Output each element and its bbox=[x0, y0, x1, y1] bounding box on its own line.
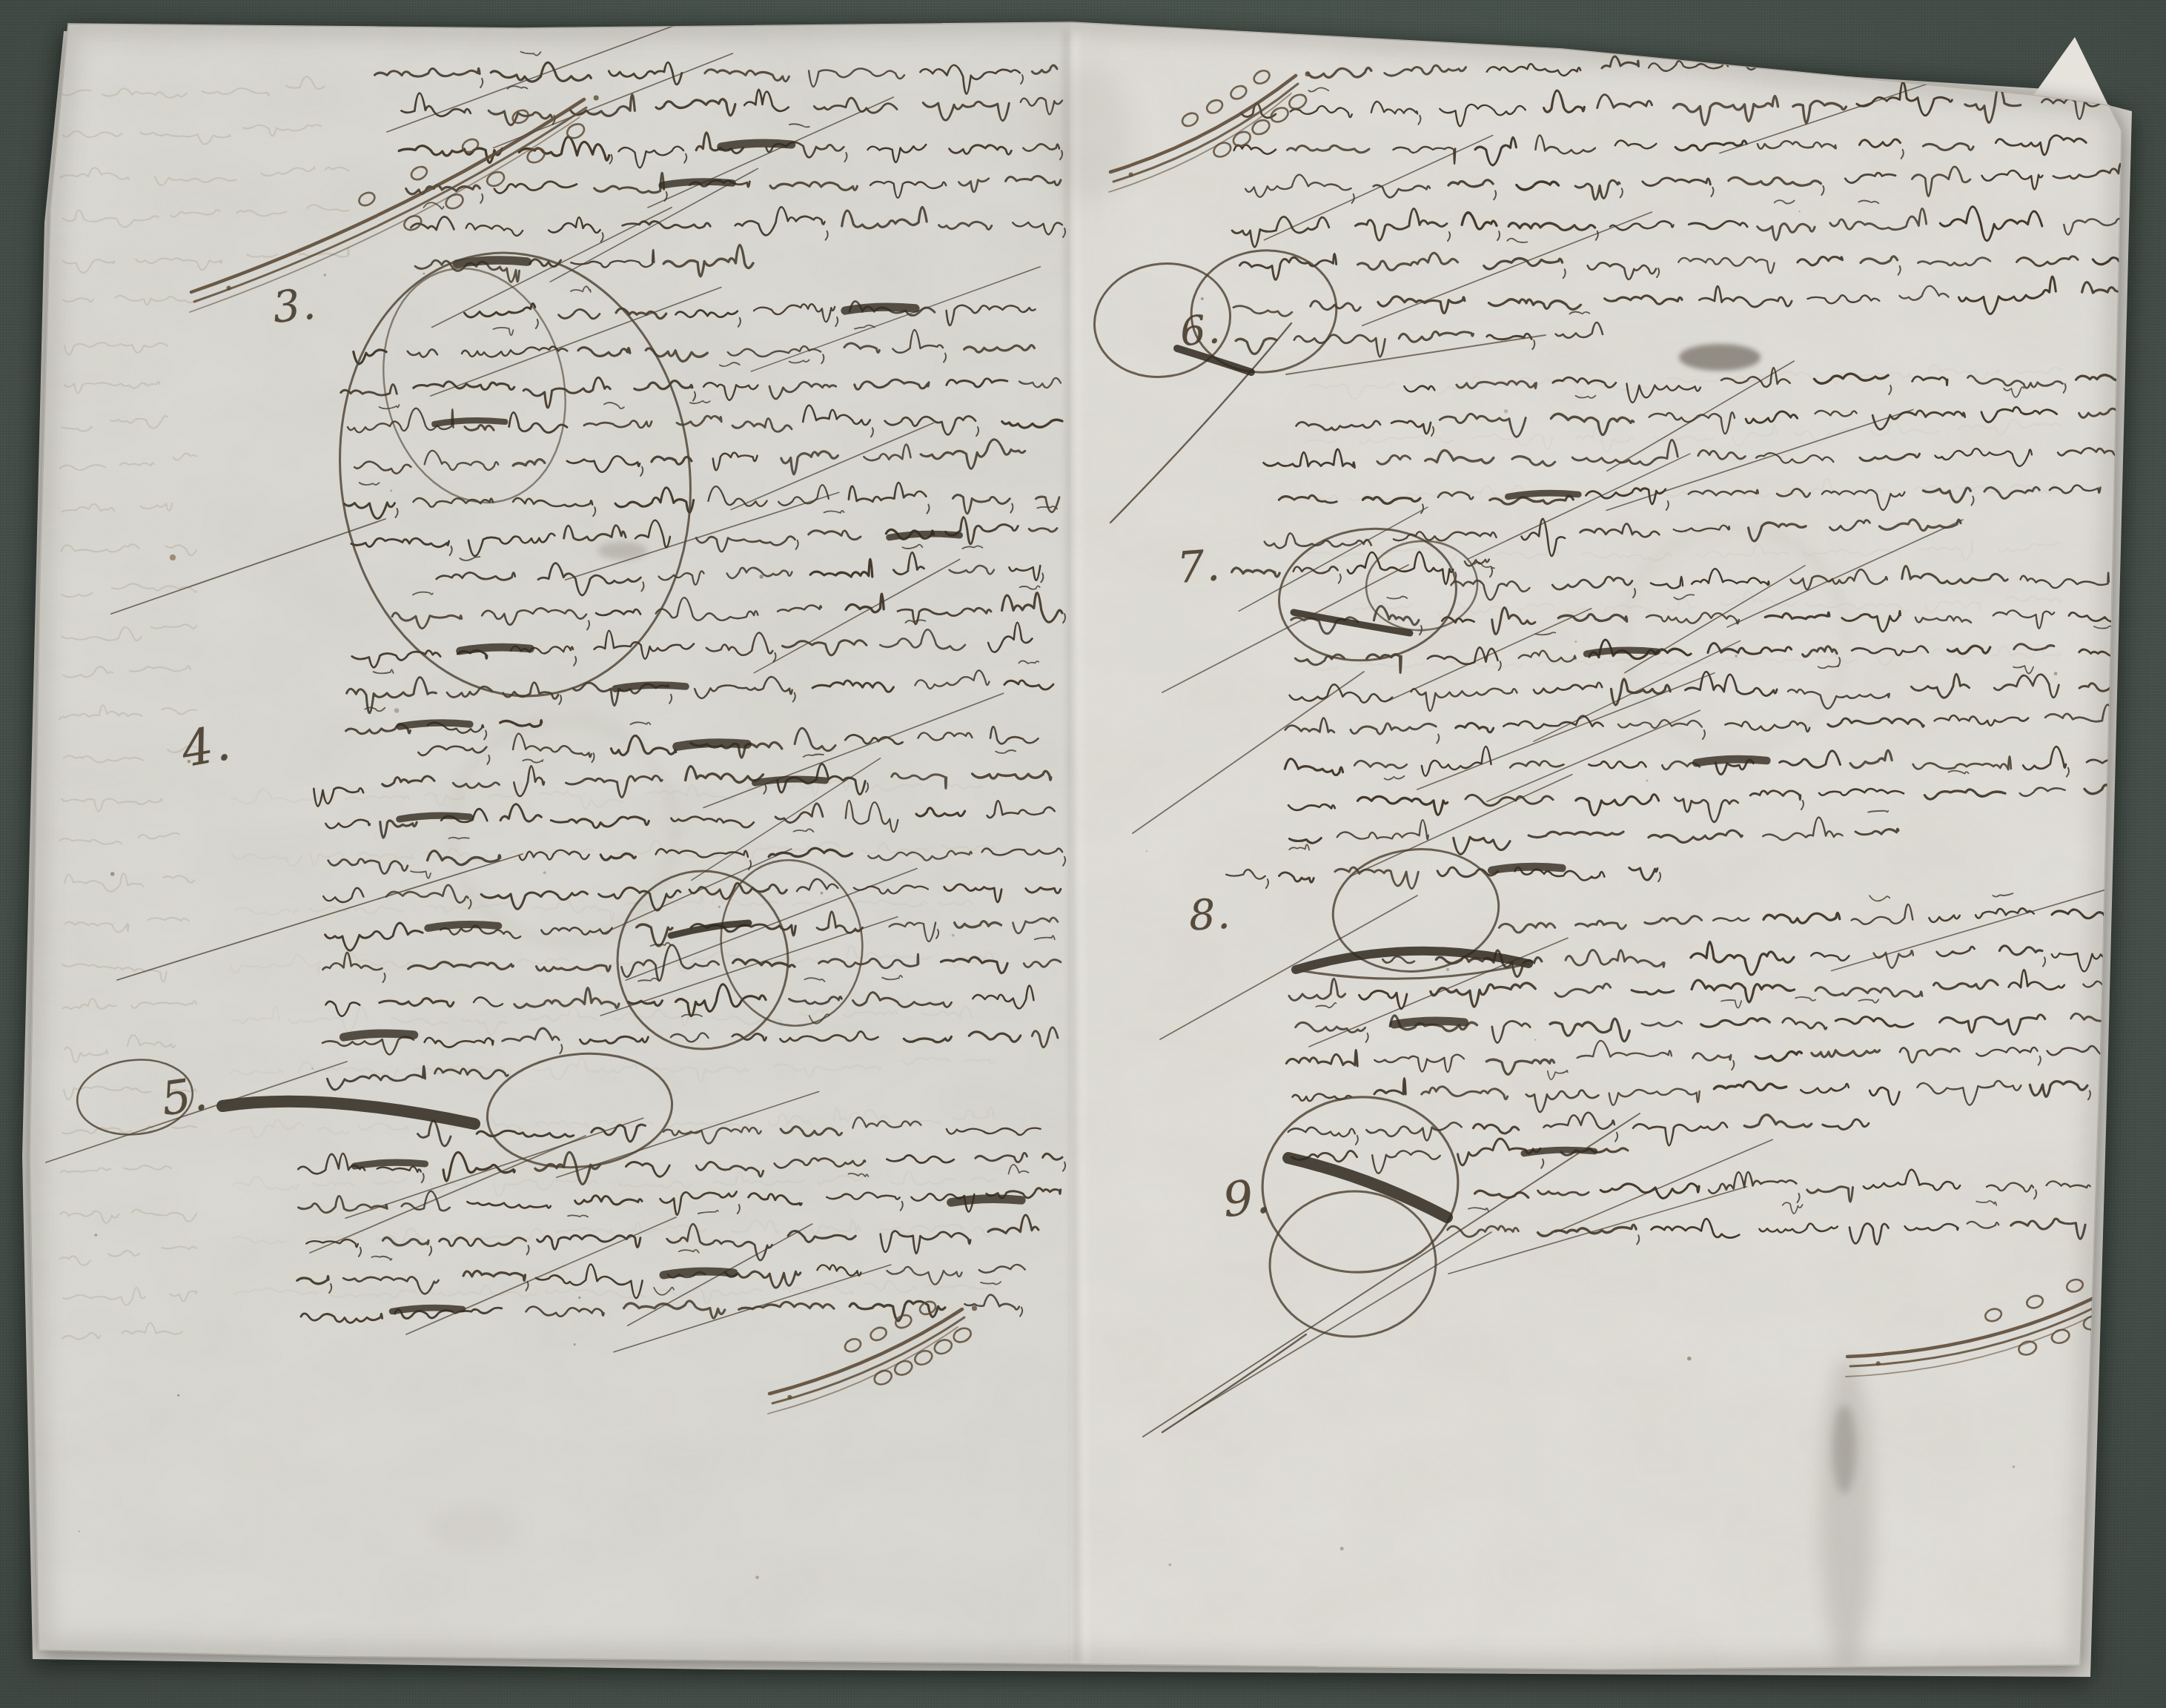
section-number-3: 3. bbox=[271, 278, 319, 333]
section-number-5: 5. bbox=[158, 1066, 212, 1126]
manuscript-artwork bbox=[0, 0, 2166, 1708]
section-number-4: 4. bbox=[177, 714, 236, 778]
section-number-9: 9. bbox=[1220, 1169, 1274, 1228]
paper-surface bbox=[0, 0, 2166, 1708]
section-number-6: 6. bbox=[1178, 305, 1223, 356]
section-number-7: 7. bbox=[1176, 540, 1223, 593]
scan-background: 3. 4. 5. 6. 7. 8. 9. bbox=[0, 0, 2166, 1708]
section-number-8: 8. bbox=[1188, 890, 1233, 941]
